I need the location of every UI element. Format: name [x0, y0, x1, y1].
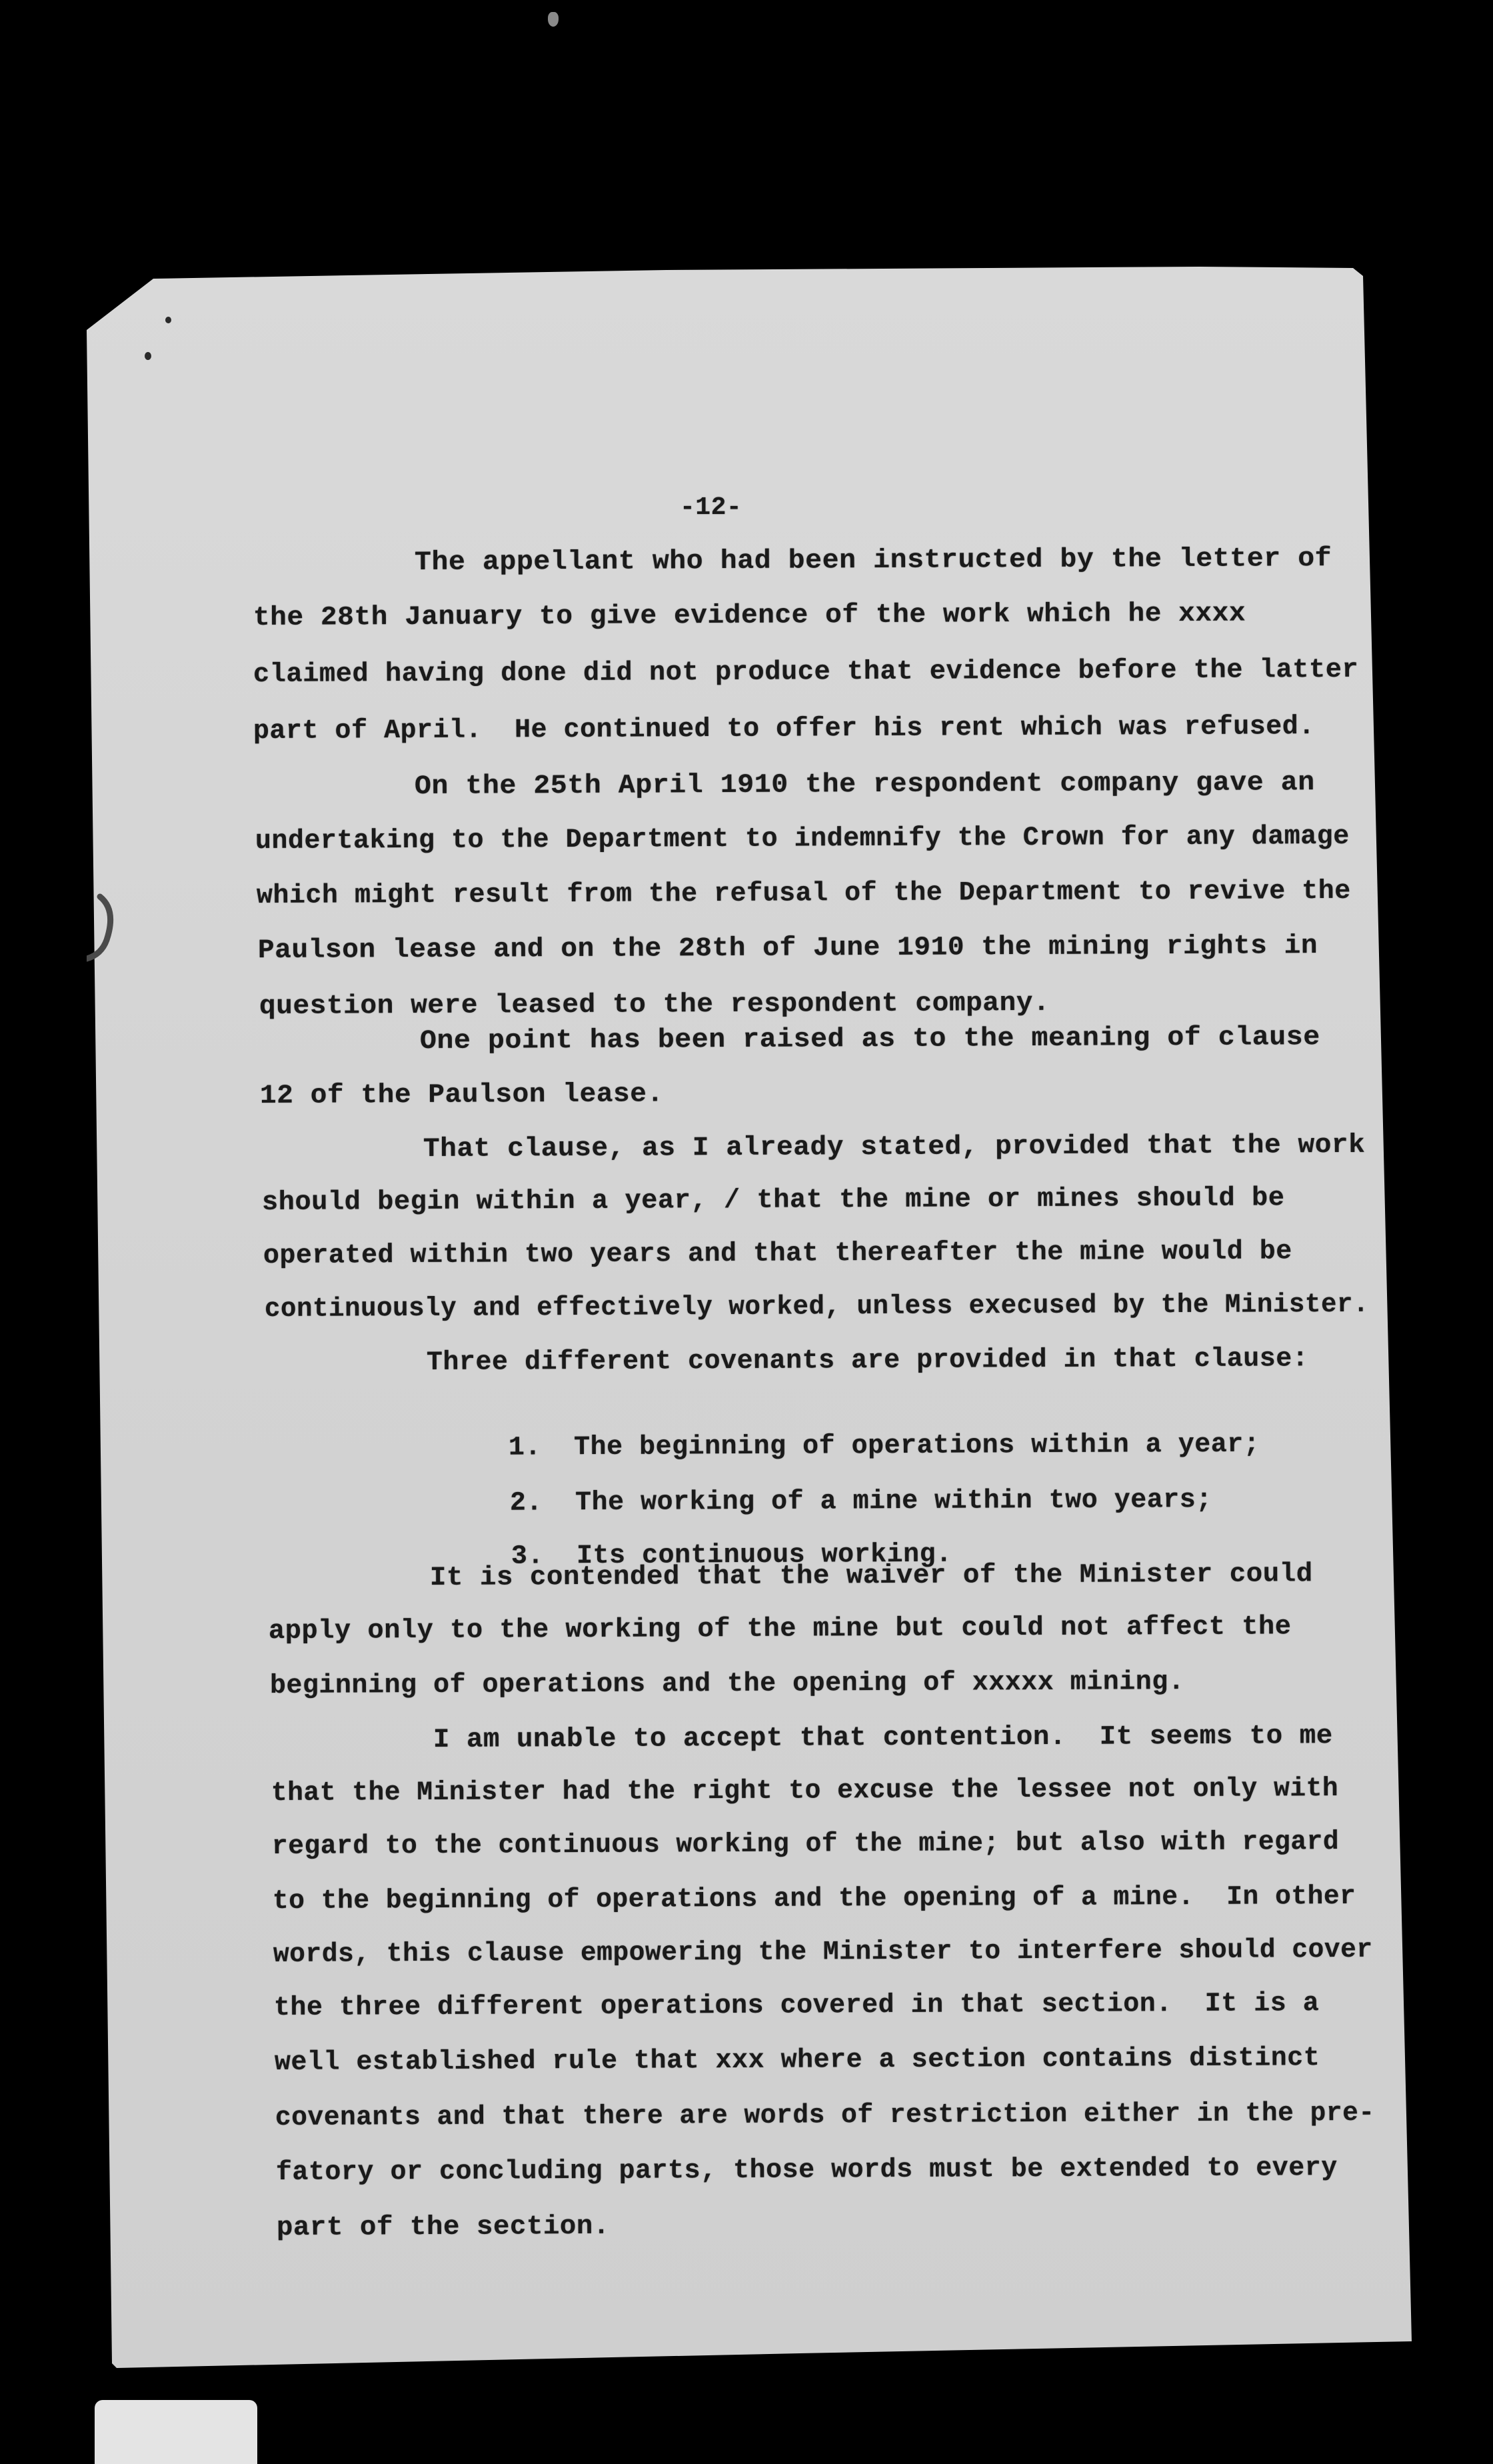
text-line: That clause, as I already stated, provid…	[423, 1131, 1366, 1165]
punch-mark	[165, 317, 171, 323]
page-number: -12-	[680, 493, 742, 522]
text-line: On the 25th April 1910 the respondent co…	[415, 768, 1315, 802]
text-line: fatory or concluding parts, those words …	[276, 2153, 1338, 2188]
text-line: undertaking to the Department to indemni…	[255, 822, 1350, 857]
text-line: should begin within a year, / that the m…	[262, 1183, 1285, 1218]
text-line: operated within two years and that there…	[263, 1237, 1292, 1271]
scanned-page: -12- The appellant who had been instruct…	[0, 0, 1493, 2464]
text-line: Paulson lease and on the 28th of June 19…	[258, 931, 1318, 966]
text-line: well established rule that xxx where a s…	[275, 2043, 1320, 2078]
paper-sheet	[0, 0, 1493, 2464]
text-line: to the beginning of operations and the o…	[273, 1882, 1356, 1917]
text-line: which might result from the refusal of t…	[257, 877, 1351, 911]
text-line: claimed having done did not produce that…	[253, 655, 1358, 690]
text-line: It is contended that the waiver of the M…	[430, 1559, 1313, 1593]
text-line: beginning of operations and the opening …	[270, 1667, 1184, 1701]
film-frame-tab	[95, 2400, 257, 2464]
text-line: that the Minister had the right to excus…	[271, 1774, 1338, 1809]
text-line: question were leased to the respondent c…	[259, 989, 1050, 1022]
text-line: the three different operations covered i…	[274, 1989, 1319, 2023]
text-line: part of the section.	[277, 2212, 610, 2243]
text-line: covenants and that there are words of re…	[275, 2099, 1375, 2133]
punch-mark	[145, 352, 151, 360]
text-line: The appellant who had been instructed by…	[415, 544, 1332, 578]
text-line: One point has been raised as to the mean…	[420, 1023, 1320, 1057]
top-speck-mark	[548, 12, 559, 27]
text-line: the 28th January to give evidence of the…	[253, 599, 1246, 633]
margin-bracket-mark	[87, 893, 127, 973]
text-line: part of April. He continued to offer his…	[253, 712, 1315, 747]
text-line: continuously and effectively worked, unl…	[265, 1290, 1369, 1325]
text-line: apply only to the working of the mine bu…	[269, 1612, 1292, 1647]
text-line: regard to the continuous working of the …	[272, 1827, 1339, 1862]
text-line: Three different covenants are provided i…	[427, 1344, 1308, 1378]
text-line: words, this clause empowering the Minist…	[273, 1935, 1373, 1970]
text-line: 12 of the Paulson lease.	[260, 1079, 664, 1111]
text-line: I am unable to accept that contention. I…	[433, 1721, 1333, 1755]
